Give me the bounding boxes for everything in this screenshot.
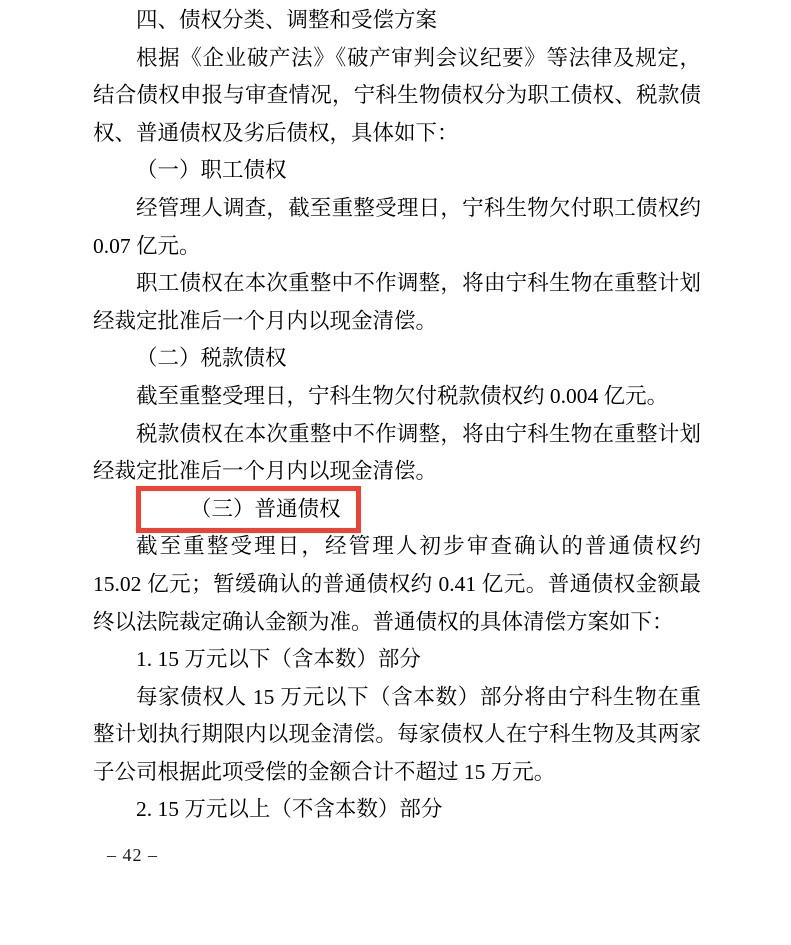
document-page: 四、债权分类、调整和受偿方案 根据《企业破产法》《破产审判会议纪要》等法律及规定… [0, 0, 791, 945]
section-heading: 四、债权分类、调整和受偿方案 [93, 2, 701, 40]
intro-paragraph: 根据《企业破产法》《破产审判会议纪要》等法律及规定，结合债权申报与审查情况，宁科… [93, 40, 701, 153]
subsection-heading-ordinary-claims-label: （三）普通债权 [190, 497, 341, 521]
subsection-heading-ordinary-claims: （三）普通债权 [93, 491, 701, 529]
highlight-box: （三）普通债权 [136, 486, 361, 533]
paragraph-employee-claims-amount: 经管理人调查，截至重整受理日，宁科生物欠付职工债权约 0.07 亿元。 [93, 190, 701, 265]
paragraph-ordinary-claims-amount: 截至重整受理日，经管理人初步审查确认的普通债权约 15.02 亿元；暂缓确认的普… [93, 528, 701, 641]
page-number: – 42 – [107, 843, 158, 867]
paragraph-employee-claims-treatment: 职工债权在本次重整中不作调整，将由宁科生物在重整计划经裁定批准后一个月内以现金清… [93, 265, 701, 340]
subsection-heading-tax-claims: （二）税款债权 [93, 340, 701, 378]
document-content: 四、债权分类、调整和受偿方案 根据《企业破产法》《破产审判会议纪要》等法律及规定… [93, 2, 701, 829]
numbered-heading-below-150k: 1. 15 万元以下（含本数）部分 [93, 641, 701, 679]
paragraph-below-150k-treatment: 每家债权人 15 万元以下（含本数）部分将由宁科生物在重整计划执行期限内以现金清… [93, 679, 701, 792]
numbered-heading-above-150k: 2. 15 万元以上（不含本数）部分 [93, 791, 701, 829]
paragraph-tax-claims-amount: 截至重整受理日，宁科生物欠付税款债权约 0.004 亿元。 [93, 378, 701, 416]
paragraph-tax-claims-treatment: 税款债权在本次重整中不作调整，将由宁科生物在重整计划经裁定批准后一个月内以现金清… [93, 416, 701, 491]
subsection-heading-employee-claims: （一）职工债权 [93, 152, 701, 190]
